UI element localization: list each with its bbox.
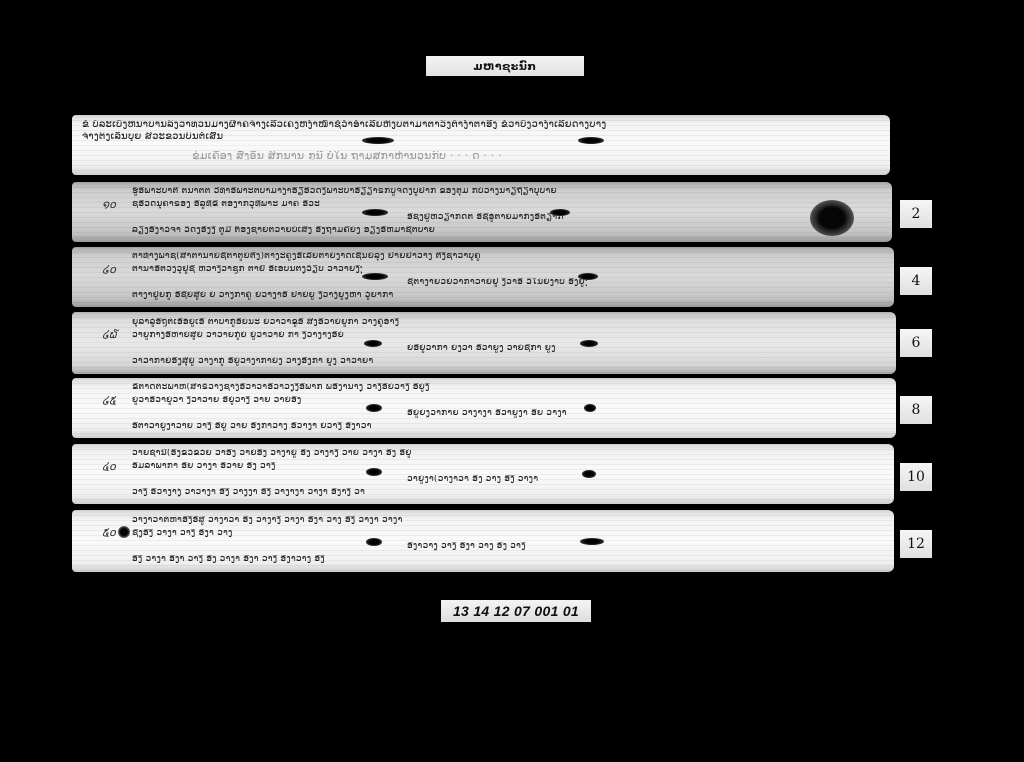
string-hole bbox=[580, 538, 604, 545]
leaf-3-line-4: ຕາງາຢູ່ຍກູ ອີ່ຊີ່ຍ່ສູຍ່ ຍ່ ວາງົກາຄູ່ ຍ່ວ… bbox=[132, 291, 854, 300]
leaf-3-line-3: ຊີ່ຕາງາຍວຍ່ວາກາວາຍ່ຢູ ງີ່ວາອີ່ ວິໃນ່ຍ່ງາ… bbox=[407, 278, 587, 287]
string-hole bbox=[366, 538, 382, 546]
leaf-7-line-1: ວາງາວາຕ່ຫາອີ່ງີ່ອີ່ສູ ວາງາວາ ອີ່ງ ວາງາງີ… bbox=[132, 516, 854, 525]
leaf-4-line-3: ຍ່ອີ່ຍູ່ວາກາ ຍ່ງວາ ອີ່ວາຍູງ ວາຍ່ຊີ່ກາ ຍູ… bbox=[407, 344, 587, 353]
string-hole bbox=[362, 273, 388, 280]
leaf-5-line-3: ອີ່ຍູ່ຍ່ງູວາກາຍ ວາງາງາ ອີ່ວາຍູງາ ອີ່ຍ ວາ… bbox=[407, 409, 587, 418]
leaf-4-line-4: ວາວາກາຍ່ອີ່ງູສຸ່ຍູ່ ວາງາກູ່ ອີ່ຍູ່ວາງາກາ… bbox=[132, 357, 856, 366]
folio-number: ໕໐ bbox=[102, 526, 116, 539]
leaf-6-line-2: ອີ່ມລາພາກາ ອີ່ຍ ວາງາ ອີ່ວາຍ ອີ່ງ ວາງີ່ bbox=[132, 462, 362, 471]
leaf-5-line-4: ອີ່ຕາວາຍູ່ງາວາຍ ວາງີ່ ອີ່ຍູ່ ວາຍ ອີ່ງກາວ… bbox=[132, 422, 856, 431]
leaf-1-line-2: ຈຳງຕົງເລິ້ນບຸຍ ສົວະຂວນບົນຕໍ່ເສິ້ນ bbox=[82, 132, 382, 141]
leaf-7-line-2: ຊີ່ງູອີ່ງີ່ ວາງາ ວາງີ່ ອີ່ງາ ວາງ bbox=[132, 529, 362, 538]
string-hole bbox=[582, 470, 596, 478]
leaf-1-line-3: ຂຸ່ມເຄື່ອງ ສັງອີ່ນ ສົກນານ ກຸນີ ບໍ່ໃນ ຖາມ… bbox=[192, 151, 830, 160]
palm-leaf-4: ໒໖ ຍຸລາລູ່ອີ່ຖູ່ຕ່ເອ່ີອົ່ຍູ່ເອີ້ ຕາບາກູ່… bbox=[72, 312, 896, 374]
folio-number: ໒໕ bbox=[102, 394, 116, 407]
folio-number: ໒໐ bbox=[102, 263, 116, 276]
leaf-1-line-1: ຂໍ ບໍລະເບັງຫນາບານລົງວາທວນມາງຜຶາຄຈຳງເລີວເ… bbox=[82, 120, 870, 129]
leaf-5-line-1: ຂີ່ຕາດຕ່ະພາຫ(ສາຣິວາງຊາງ່ອີ່ວາວາອີ່ວາວງູງ… bbox=[132, 383, 856, 392]
page-label-12: 12 bbox=[900, 530, 932, 558]
page-label-6: 6 bbox=[900, 329, 932, 357]
string-hole bbox=[366, 468, 382, 476]
leaf-4-line-1: ຍຸລາລູ່ອີ່ຖູ່ຕ່ເອ່ີອົ່ຍູ່ເອີ້ ຕາບາກູ່ອີ່… bbox=[132, 318, 856, 327]
folio-number: ໑໐ bbox=[102, 198, 116, 211]
leaf-7-line-3: ອີ່ງາວາງູ ວາງີ່ ອີ່ງາ ວາງ ອີ່ງ ວາງີ່ bbox=[407, 542, 587, 551]
page-label-8: 8 bbox=[900, 396, 932, 424]
palm-leaf-1: ຂໍ ບໍລະເບັງຫນາບານລົງວາທວນມາງຜຶາຄຈຳງເລີວເ… bbox=[72, 115, 890, 175]
leaf-6-line-3: ວາຍູ່ງາ(ວາງາວາ ອີ່ງ ວາງ ອີ່ງີ່ ວາງາ bbox=[407, 475, 587, 484]
leaf-6-line-1: ວາຍຊ່ານີ(ອີ່ງຂວ່ຂວ່ຍ ວາອີ່ງ ວາຍ່ອີ່ງ ວາງ… bbox=[132, 449, 854, 458]
ink-stain bbox=[118, 526, 130, 538]
string-hole bbox=[578, 273, 598, 280]
manuscript-id-label: 13 14 12 07 001 01 bbox=[441, 600, 591, 622]
string-hole bbox=[362, 209, 388, 216]
leaf-5-line-2: ຍູ່ວາອີ່ວາຍູ່ວາ ງີ່ວາວາຍ ອີ່ຍູ່ວາງີ່ ວາຍ… bbox=[132, 396, 362, 405]
string-hole bbox=[580, 340, 598, 347]
page-label-10: 10 bbox=[900, 463, 932, 491]
string-hole bbox=[578, 137, 604, 144]
palm-leaf-5: ໒໕ ຂີ່ຕາດຕ່ະພາຫ(ສາຣິວາງຊາງ່ອີ່ວາວາອີ່ວາວ… bbox=[72, 378, 896, 438]
leaf-4-line-2: ວາຍູກາງ່ອີ່ຫາຍ່ສູຍ່ ວາວາຍກູ່ຍ່ ຍູ່ວາວາຍ່… bbox=[132, 331, 362, 340]
palm-leaf-3: ໒໐ ຕາທຳງຸພາຊ(ສາຕານາຍ່ຊີ່ຕາຕູຍ່ຕີ່ງ)ຕາງະຄ… bbox=[72, 247, 894, 307]
leaf-2-line-4: ລຽງອີ່ງາວ່ຈາ ວິດງອີ່ງງີ ຕູມີ ຕ້ອງຊາຍ່ຕວາ… bbox=[132, 226, 852, 235]
folio-number: ໒໖ bbox=[102, 328, 117, 341]
string-hole bbox=[550, 209, 570, 216]
folio-number: ໔໐ bbox=[102, 460, 116, 473]
string-hole bbox=[366, 404, 382, 412]
palm-leaf-2: ໑໐ ຮູ້ອີພາະບາຕີ ຕນາຕຕ ວີທຳອີພາະຕບາມາງ່າອ… bbox=[72, 182, 892, 242]
ink-stain bbox=[810, 200, 854, 236]
string-hole bbox=[584, 404, 596, 412]
string-hole bbox=[362, 137, 394, 144]
leaf-3-line-2: ຕານາອີ່ຕວງວຸຢູຊີ່ ຫວາງີ່ວາຊູກ ຕາຍ່ີ່ ອີ່… bbox=[132, 265, 362, 274]
leaf-7-line-4: ອີ່ງີ່ ວາງາ ອີ່ງາ ວາງີ່ ອີ່ງ ວາງາ ອີ່ງາ … bbox=[132, 555, 854, 564]
palm-leaf-6: ໔໐ ວາຍຊ່ານີ(ອີ່ງຂວ່ຂວ່ຍ ວາອີ່ງ ວາຍ່ອີ່ງ … bbox=[72, 444, 894, 504]
title-label: ມຫາຊະນົກ bbox=[426, 56, 584, 76]
page-label-2: 2 bbox=[900, 200, 932, 228]
leaf-2-line-1: ຮູ້ອີພາະບາຕີ ຕນາຕຕ ວີທຳອີພາະຕບາມາງ່າອີ້ຽ… bbox=[132, 187, 852, 196]
string-hole bbox=[364, 340, 382, 347]
palm-leaf-7: ໕໐ ວາງາວາຕ່ຫາອີ່ງີ່ອີ່ສູ ວາງາວາ ອີ່ງ ວາງ… bbox=[72, 510, 894, 572]
leaf-2-line-2: ຊອີ່ວດນຸຄາຣອງ ອີ່ລູທີ່ຂີ ຕອງາກວຸທື່ພາະ ມ… bbox=[132, 200, 362, 209]
leaf-6-line-4: ວາງີ່ ອີ່ວາງາງູ່ ວາວາງາ ອີ່ງີ່ ວາງູງາ ອີ… bbox=[132, 488, 854, 497]
page-label-4: 4 bbox=[900, 267, 932, 295]
leaf-3-line-1: ຕາທຳງຸພາຊ(ສາຕານາຍ່ຊີ່ຕາຕູຍ່ຕີ່ງ)ຕາງະຄູງອ… bbox=[132, 252, 854, 261]
